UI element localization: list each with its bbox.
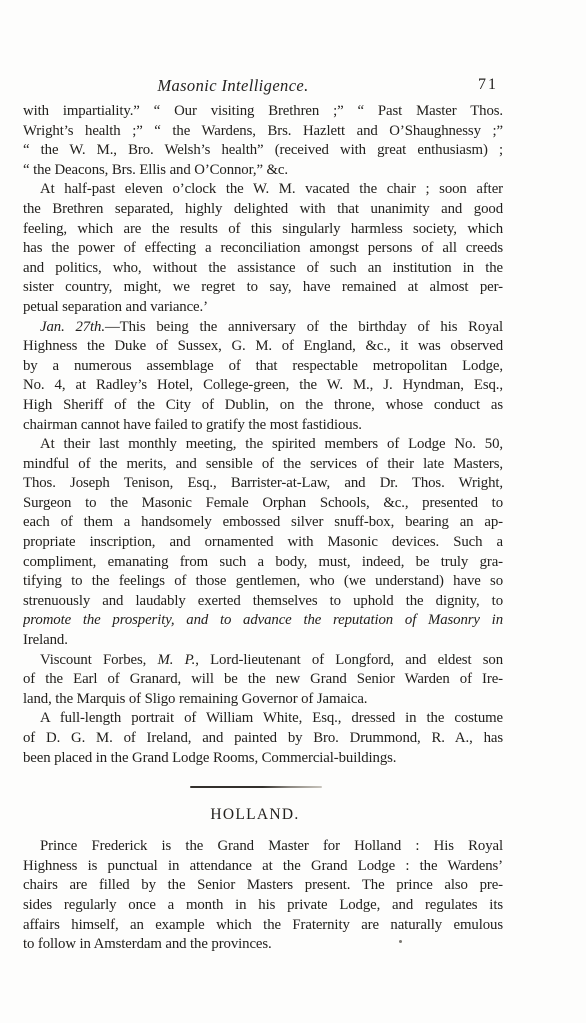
- text-line: affairs himself, an example which the Fr…: [23, 916, 503, 936]
- text-line: has the power of effecting a reconciliat…: [23, 239, 503, 259]
- text-line: by a numerous assemblage of that respect…: [23, 357, 503, 377]
- text-line: of the Earl of Granard, will be the new …: [23, 670, 503, 690]
- text-line: Jan. 27th.—This being the anniversary of…: [23, 318, 503, 338]
- paragraph-0: with impartiality.” “ Our visiting Breth…: [23, 102, 503, 180]
- text-line: Prince Frederick is the Grand Master for…: [23, 837, 503, 857]
- text-line: High Sheriff of the City of Dublin, on t…: [23, 396, 503, 416]
- page-content: with impartiality.” “ Our visiting Breth…: [23, 102, 503, 955]
- text-line: Wright’s health ;” “ the Wardens, Brs. H…: [23, 122, 503, 142]
- text-line: Thos. Joseph Tenison, Esq., Barrister-at…: [23, 474, 503, 494]
- paragraph-5: A full-length portrait of William White,…: [23, 709, 503, 768]
- running-header: Masonic Intelligence. 71: [0, 76, 586, 98]
- text-line: At half-past eleven o’clock the W. M. va…: [23, 180, 503, 200]
- text-line: chairs are filled by the Senior Masters …: [23, 876, 503, 896]
- paragraph-8: Prince Frederick is the Grand Master for…: [23, 837, 503, 955]
- text-line: each of them a handsomely embossed silve…: [23, 513, 503, 533]
- text-line: and politics, who, without the assistanc…: [23, 259, 503, 279]
- section-divider: [190, 786, 322, 788]
- text-line: Highness the Duke of Sussex, G. M. of En…: [23, 337, 503, 357]
- text-line: to follow in Amsterdam and the provinces…: [23, 935, 503, 955]
- paragraph-3: At their last monthly meeting, the spiri…: [23, 435, 503, 651]
- page-title: Masonic Intelligence.: [0, 76, 466, 96]
- section-heading: HOLLAND.: [15, 805, 495, 825]
- text-line: the Brethren separated, highly delighted…: [23, 200, 503, 220]
- text-line: Surgeon to the Masonic Female Orphan Sch…: [23, 494, 503, 514]
- text-line: propriate inscription, and ornamented wi…: [23, 533, 503, 553]
- text-line: Viscount Forbes, M. P., Lord-lieutenant …: [23, 651, 503, 671]
- text-line: Ireland.: [23, 631, 503, 651]
- text-line: chairman cannot have failed to gratify t…: [23, 416, 503, 436]
- text-line: tifying to the feelings of those gentlem…: [23, 572, 503, 592]
- text-line: with impartiality.” “ Our visiting Breth…: [23, 102, 503, 122]
- text-line: promote the prosperity, and to advance t…: [23, 611, 503, 631]
- text-line: A full-length portrait of William White,…: [23, 709, 503, 729]
- paragraph-4: Viscount Forbes, M. P., Lord-lieutenant …: [23, 651, 503, 710]
- text-line: sister country, might, we regret to say,…: [23, 278, 503, 298]
- text-line: sides regularly once a month in his priv…: [23, 896, 503, 916]
- text-line: mindful of the merits, and sensible of t…: [23, 455, 503, 475]
- text-line: “ the Deacons, Brs. Ellis and O’Connor,”…: [23, 161, 503, 181]
- text-line: Highness is punctual in attendance at th…: [23, 857, 503, 877]
- text-line: No. 4, at Radley’s Hotel, College-green,…: [23, 376, 503, 396]
- book-page: Masonic Intelligence. 71 with impartiali…: [0, 0, 586, 1023]
- paragraph-2: Jan. 27th.—This being the anniversary of…: [23, 318, 503, 436]
- text-line: of D. G. M. of Ireland, and painted by B…: [23, 729, 503, 749]
- page-number: 71: [478, 76, 498, 94]
- text-line: At their last monthly meeting, the spiri…: [23, 435, 503, 455]
- text-line: compliment, emanating from such a body, …: [23, 553, 503, 573]
- text-line: feeling, which are the results of this s…: [23, 220, 503, 240]
- text-line: “ the W. M., Bro. Welsh’s health” (recei…: [23, 141, 503, 161]
- text-line: land, the Marquis of Sligo remaining Gov…: [23, 690, 503, 710]
- text-line: strenuously and laudably exerted themsel…: [23, 592, 503, 612]
- scan-artifact-dot: [399, 940, 402, 943]
- text-line: been placed in the Grand Lodge Rooms, Co…: [23, 749, 503, 769]
- text-line: petual separation and variance.’: [23, 298, 503, 318]
- paragraph-1: At half-past eleven o’clock the W. M. va…: [23, 180, 503, 317]
